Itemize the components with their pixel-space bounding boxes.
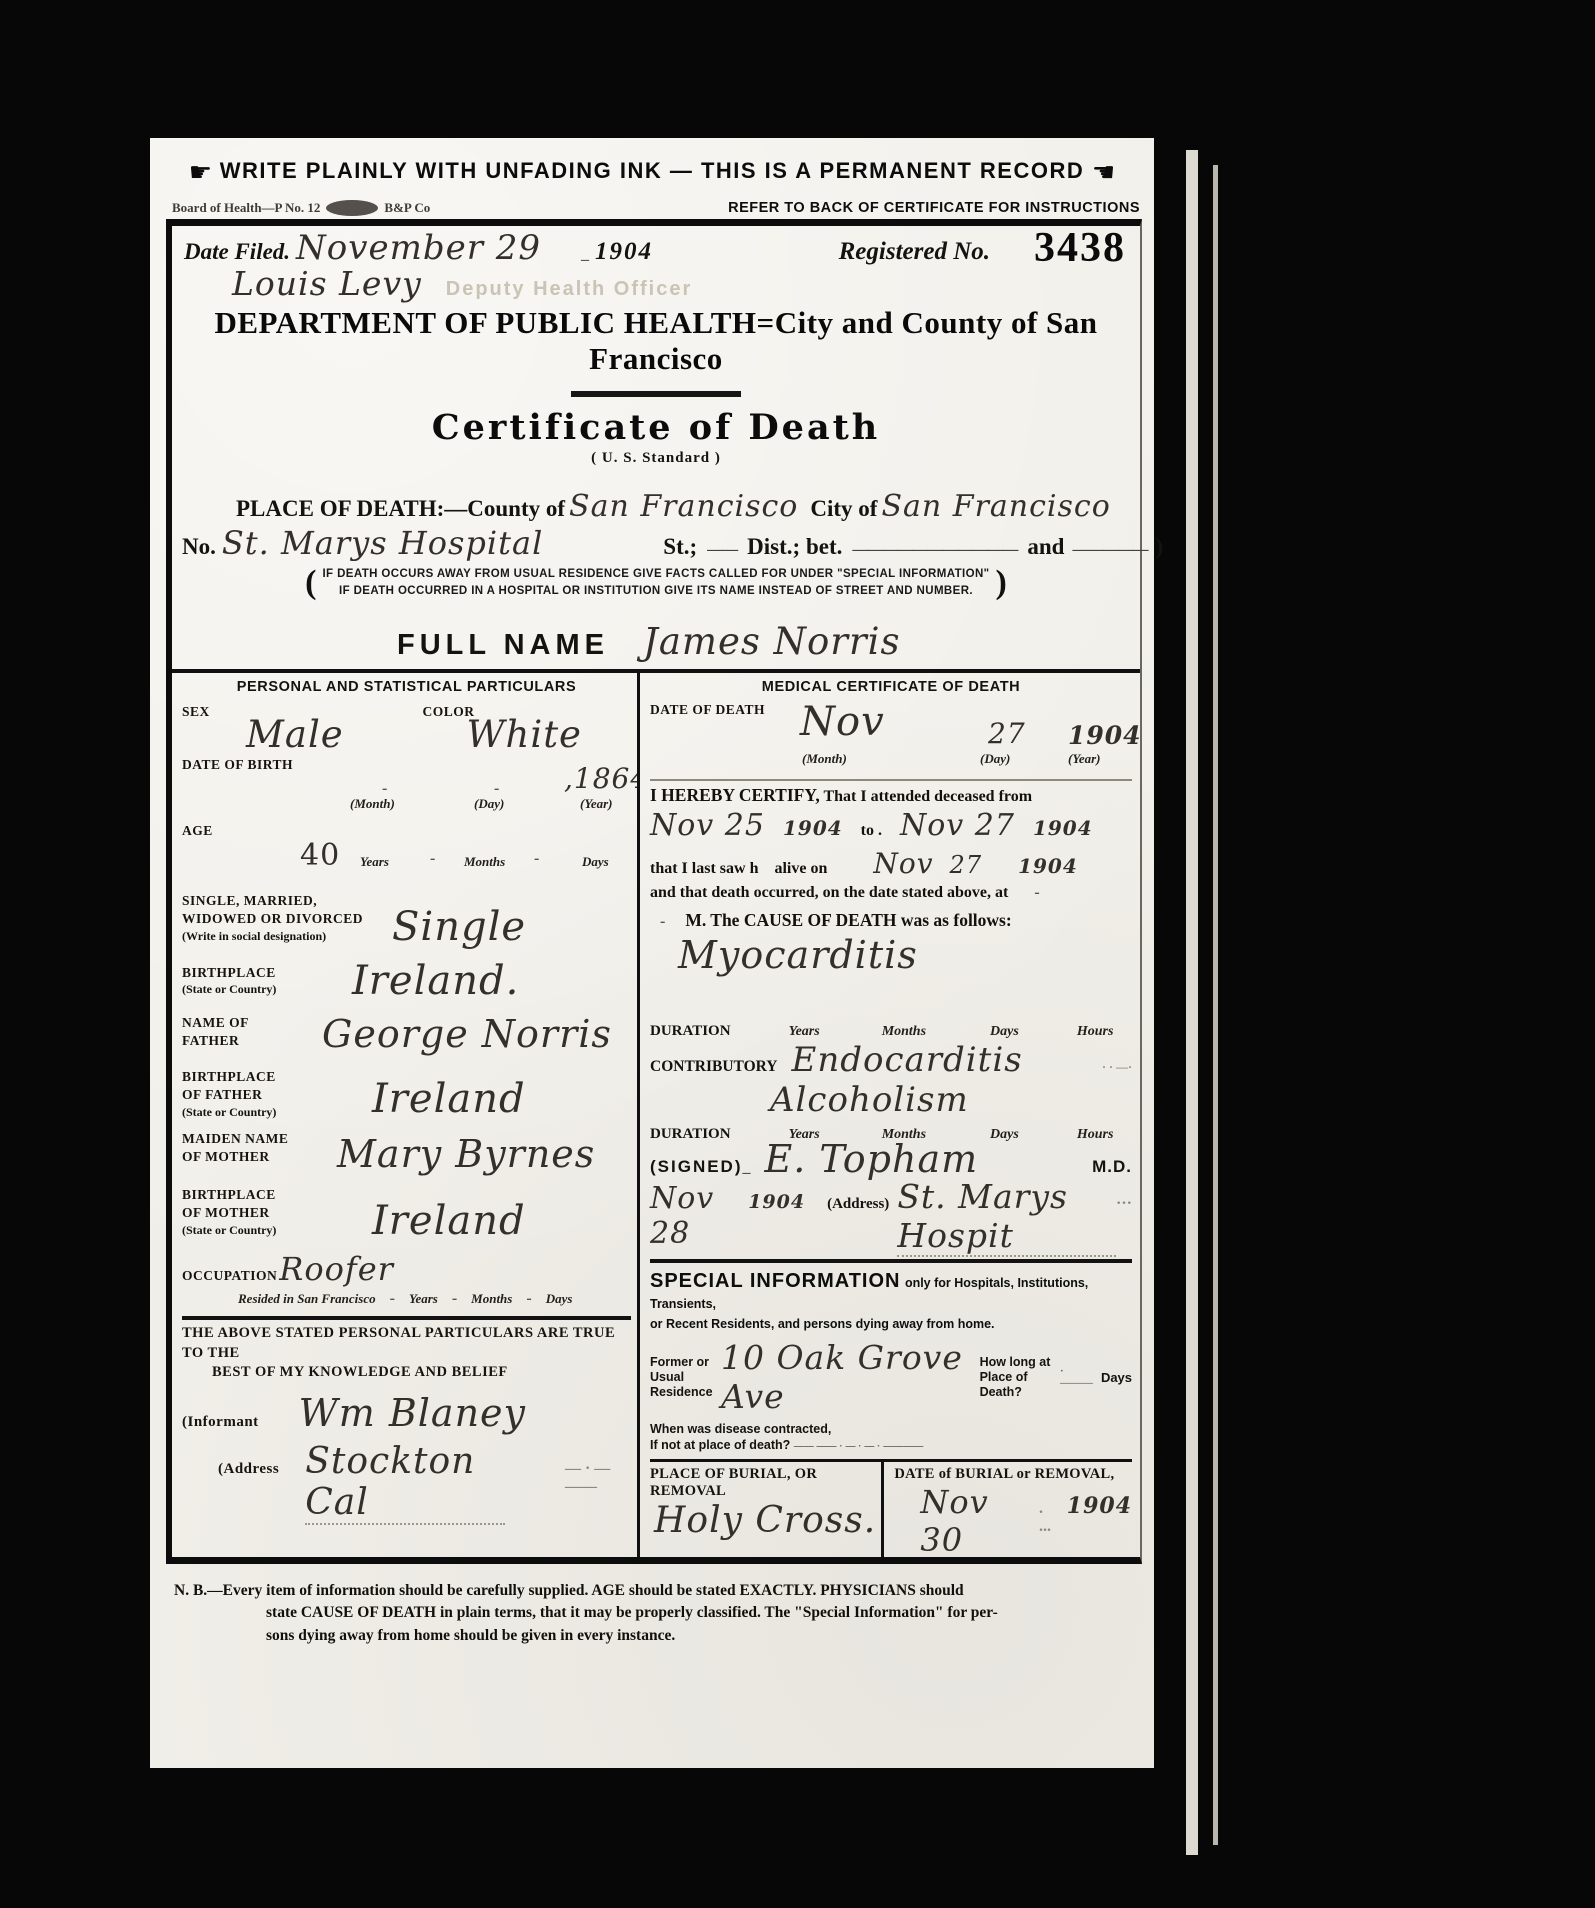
- contracted-blank: —— —— · — · — · ————: [794, 1441, 923, 1452]
- burial-date-label: DATE of BURIAL or REMOVAL,: [894, 1466, 1132, 1483]
- mother-bp-label3: (State or Country): [182, 1223, 372, 1238]
- last-saw-row: that I last saw h alive on Nov 27 1904: [650, 847, 1132, 880]
- personal-header: PERSONAL AND STATISTICAL PARTICULARS: [182, 679, 631, 695]
- dob-field: DATE OF BIRTH - (Month) - (Day) ,1864 (Y…: [182, 756, 631, 822]
- no-label: No.: [182, 534, 216, 560]
- resided-tick1: -: [390, 1290, 395, 1308]
- attended-row: Nov 25 1904 to . Nov 27 1904: [650, 808, 1132, 843]
- burial-date-dots: . ...: [1039, 1500, 1057, 1536]
- dod-month-value: Nov: [800, 699, 885, 745]
- certify-line1: I HEREBY CERTIFY, That I attended deceas…: [650, 785, 1132, 806]
- father-label1: NAME OF: [182, 1014, 322, 1032]
- resided-tick2: -: [452, 1290, 457, 1308]
- age-months-label: Months: [464, 854, 505, 870]
- city-value: San Francisco: [881, 489, 1110, 524]
- attended-to-date: Nov 27: [900, 808, 1015, 843]
- street-row: No. St. Marys Hospital St.; —— Dist.; be…: [182, 534, 1126, 562]
- burial-date-year: 1904: [1067, 1493, 1132, 1519]
- undertaker-value: H. F. Suhr & Co: [767, 1555, 1071, 1557]
- sex-value: Male: [246, 713, 407, 756]
- place-of-death-row: PLACE OF DEATH:—County of San Francisco …: [236, 489, 1130, 524]
- father-name-field: NAME OF FATHER George Norris: [182, 1014, 631, 1056]
- mother-birthplace-field: BIRTHPLACE OF MOTHER (State or Country) …: [182, 1186, 631, 1244]
- residence-note-lines: IF DEATH OCCURS AWAY FROM USUAL RESIDENC…: [322, 566, 989, 601]
- signed-address-label: (Address): [827, 1196, 889, 1213]
- residence-note: ( IF DEATH OCCURS AWAY FROM USUAL RESIDE…: [172, 564, 1140, 602]
- certificate-title: Certificate of Death: [172, 407, 1140, 448]
- footer-line2: state CAUSE OF DEATH in plain terms, tha…: [266, 1602, 1144, 1624]
- county-value: San Francisco: [569, 489, 798, 524]
- contributory-trail: · · —·: [1102, 1060, 1132, 1075]
- st-label: St.;: [663, 534, 697, 560]
- physician-signature: E. Topham: [765, 1137, 979, 1181]
- refer-instructions: REFER TO BACK OF CERTIFICATE FOR INSTRUC…: [728, 200, 1140, 216]
- dod-label: DATE OF DEATH: [650, 701, 1132, 719]
- registrar-stamp: Deputy Health Officer: [446, 278, 692, 301]
- howlong-blank: · ———: [1060, 1365, 1093, 1389]
- statement-line2: BEST OF MY KNOWLEDGE AND BELIEF: [212, 1363, 631, 1383]
- birthplace-field: BIRTHPLACE (State or Country) Ireland.: [182, 964, 631, 1004]
- scanned-death-certificate: { "icons": { "pointing_hand_right": "☛",…: [0, 0, 1595, 1908]
- contributory-row: CONTRIBUTORY Endocarditis · · —·: [650, 1040, 1132, 1080]
- mother-maiden-field: MAIDEN NAME OF MOTHER Mary Byrnes: [182, 1130, 631, 1176]
- filed-dash: _: [581, 246, 589, 264]
- form-number: Board of Health—P No. 12 B&P Co: [172, 200, 430, 216]
- burial-place-label: PLACE OF BURIAL, OR REMOVAL: [650, 1466, 881, 1500]
- father-birthplace-field: BIRTHPLACE OF FATHER (State or Country) …: [182, 1068, 631, 1122]
- residence-label: Former or Usual Residence: [650, 1355, 721, 1400]
- father-bp-label1: BIRTHPLACE: [182, 1068, 372, 1086]
- full-name-label: FULL NAME: [397, 629, 609, 662]
- residence-note-line2: IF DEATH OCCURRED IN A HOSPITAL OR INSTI…: [339, 585, 973, 597]
- full-name-value: James Norris: [643, 620, 900, 663]
- contributory-value1: Endocarditis: [792, 1040, 1023, 1080]
- signed-label: (SIGNED): [650, 1157, 743, 1177]
- banner: ☛ WRITE PLAINLY WITH UNFADING INK — THIS…: [150, 138, 1154, 188]
- burial-date-value: Nov 30: [920, 1483, 1029, 1557]
- duration2-days: Days: [990, 1127, 1019, 1143]
- last-saw-prefix: that I last saw h: [650, 860, 758, 878]
- resided-months: Months: [471, 1291, 512, 1307]
- signed-address-trail: ···: [1116, 1195, 1132, 1213]
- residence-label1: Former or: [650, 1355, 709, 1369]
- age-label: AGE: [182, 822, 631, 840]
- close-paren2: ): [996, 564, 1007, 602]
- page-edge-strip: [1213, 165, 1218, 1845]
- informant-field: (Informant Wm Blaney: [182, 1391, 631, 1435]
- pointing-hand-right-icon: ☛: [189, 158, 212, 188]
- attended-from-date: Nov 25: [650, 808, 765, 843]
- and-label: and: [1027, 534, 1064, 560]
- dist-blank: ———————————: [852, 541, 1017, 559]
- howlong-days: Days: [1101, 1370, 1132, 1385]
- color-value: White: [467, 713, 632, 756]
- contracted-label2: If not at place of death?: [650, 1438, 790, 1452]
- dod-day-label: (Day): [980, 751, 1010, 767]
- howlong-label: How long at Place of Death?: [980, 1355, 1052, 1400]
- signed-row: (SIGNED) _ E. Topham M.D.: [650, 1137, 1132, 1181]
- signed-date: Nov 28: [650, 1181, 734, 1251]
- duration1-row: DURATION Years Months Days Hours: [650, 1023, 1132, 1040]
- last-saw-date: Nov: [873, 847, 933, 880]
- title-divider: [571, 391, 741, 397]
- st-blank: ——: [707, 541, 737, 559]
- date-filed-year: 1904: [595, 238, 653, 266]
- close-paren: ): [1155, 534, 1163, 560]
- birthplace-value: Ireland.: [352, 958, 519, 1004]
- age-days-label: Days: [582, 854, 609, 870]
- father-label2: FATHER: [182, 1032, 322, 1050]
- banner-text: WRITE PLAINLY WITH UNFADING INK — THIS I…: [220, 158, 1085, 183]
- resided-label: Resided in San Francisco: [238, 1291, 376, 1307]
- burial-date-cell: DATE of BURIAL or REMOVAL, Nov 30 . ... …: [881, 1462, 1132, 1557]
- page-edge-strip: [1186, 150, 1198, 1855]
- informant-address-trail: — · — ——: [565, 1460, 631, 1496]
- marital-label3: (Write in social designation): [182, 929, 392, 944]
- signed-dash: _: [743, 1159, 751, 1177]
- contributory-label: CONTRIBUTORY: [650, 1058, 778, 1076]
- signed-date-row: Nov 28 1904 (Address) St. Marys Hospit ·…: [650, 1177, 1132, 1257]
- registrar-signature: Louis Levy: [232, 264, 422, 303]
- to-label: to .: [861, 822, 882, 840]
- registered-no-value: 3438: [1034, 224, 1126, 272]
- father-name-value: George Norris: [322, 1012, 612, 1056]
- dod-day-value: 27: [988, 717, 1026, 750]
- special-divider: [650, 1259, 1132, 1263]
- contributory-value2: Alcoholism: [770, 1080, 1132, 1120]
- certify-rest: That I attended deceased from: [823, 788, 1032, 805]
- death-occurred-row: and that death occurred, on the date sta…: [650, 880, 1132, 902]
- marital-value: Single: [392, 904, 526, 950]
- full-name-row: FULL NAME James Norris: [397, 620, 1140, 663]
- duration2-hours: Hours: [1077, 1127, 1114, 1143]
- age-years-label: Years: [360, 854, 389, 870]
- father-birthplace-value: Ireland: [372, 1076, 526, 1122]
- mother-bp-label2: OF MOTHER: [182, 1204, 372, 1222]
- statement-line1: THE ABOVE STATED PERSONAL PARTICULARS AR…: [182, 1324, 631, 1363]
- color-field: COLOR White: [407, 703, 632, 756]
- dob-year-label: (Year): [580, 796, 613, 812]
- signed-year: 1904: [748, 1191, 805, 1213]
- birthplace-label1: BIRTHPLACE: [182, 964, 352, 982]
- institution-value: St. Marys Hospital: [222, 524, 543, 562]
- father-bp-label2: OF FATHER: [182, 1086, 372, 1104]
- dob-day-label: (Day): [474, 796, 504, 812]
- mother-label2: OF MOTHER: [182, 1148, 337, 1166]
- mother-maiden-value: Mary Byrnes: [337, 1132, 595, 1176]
- last-saw-day: 27: [950, 851, 983, 879]
- duration2-label: DURATION: [650, 1126, 731, 1143]
- personal-column: PERSONAL AND STATISTICAL PARTICULARS SEX…: [172, 673, 640, 1557]
- occupation-field: OCCUPATION Roofer: [182, 1250, 631, 1288]
- special-title: SPECIAL INFORMATION: [650, 1270, 900, 1292]
- special-subtitle2: or Recent Residents, and persons dying a…: [650, 1317, 995, 1331]
- sex-field: SEX Male: [182, 703, 407, 756]
- resided-years: Years: [409, 1291, 438, 1307]
- md-label: M.D.: [1092, 1157, 1132, 1177]
- date-filed-value: November 29: [296, 228, 541, 268]
- residence-label2: Usual Residence: [650, 1370, 713, 1399]
- burial-place-value: Holy Cross.: [654, 1500, 881, 1541]
- sex-color-row: SEX Male COLOR White: [182, 703, 631, 756]
- duration1-years: Years: [789, 1024, 820, 1040]
- resided-row: Resided in San Francisco - Years - Month…: [238, 1290, 631, 1308]
- marital-label1: SINGLE, MARRIED,: [182, 892, 392, 910]
- duration1-months: Months: [882, 1024, 926, 1040]
- marital-field: SINGLE, MARRIED, WIDOWED OR DIVORCED (Wr…: [182, 892, 631, 950]
- contracted-field: When was disease contracted, If not at p…: [650, 1422, 1132, 1453]
- contracted-label1: When was disease contracted,: [650, 1422, 831, 1436]
- certificate-frame: Date Filed. November 29 _ 1904 Registere…: [166, 219, 1142, 1564]
- mother-bp-label1: BIRTHPLACE: [182, 1186, 372, 1204]
- residence-value: 10 Oak Grove Ave: [721, 1338, 966, 1416]
- open-paren: (: [305, 564, 316, 602]
- signed-address-value: St. Marys Hospit: [897, 1177, 1116, 1257]
- residence-row: Former or Usual Residence 10 Oak Grove A…: [650, 1338, 1132, 1416]
- filed-row: Date Filed. November 29 _ 1904 Registere…: [172, 226, 1140, 268]
- date-filed-label: Date Filed.: [184, 239, 290, 265]
- footer-line3: sons dying away from home should be give…: [266, 1625, 1144, 1647]
- resided-tick3: -: [526, 1290, 531, 1308]
- age-field: AGE 40 Years - Months - Days: [182, 822, 631, 892]
- attended-to-year: 1904: [1033, 816, 1093, 840]
- father-bp-label3: (State or Country): [182, 1105, 372, 1120]
- us-standard: ( U. S. Standard ): [172, 450, 1140, 467]
- marital-label2: WIDOWED OR DIVORCED: [182, 910, 392, 928]
- resided-days: Days: [546, 1291, 573, 1307]
- footer-note: N. B.—Every item of information should b…: [174, 1580, 1144, 1647]
- certificate-page: ☛ WRITE PLAINLY WITH UNFADING INK — THIS…: [150, 138, 1154, 1768]
- dob-month-label: (Month): [350, 796, 395, 812]
- informant-label: (Informant: [182, 1412, 259, 1432]
- dod-rule: [650, 779, 1132, 781]
- burial-section: PLACE OF BURIAL, OR REMOVAL Holy Cross. …: [650, 1459, 1132, 1557]
- birthplace-label2: (State or Country): [182, 982, 352, 997]
- death-occurred-line: and that death occurred, on the date sta…: [650, 884, 1008, 902]
- occupation-label: OCCUPATION: [182, 1267, 277, 1285]
- mother-label1: MAIDEN NAME: [182, 1130, 337, 1148]
- informant-address-field: (Address Stockton Cal — · — ——: [218, 1441, 631, 1525]
- duration1-hours: Hours: [1077, 1024, 1114, 1040]
- attended-from-year: 1904: [783, 816, 843, 840]
- burial-place-cell: PLACE OF BURIAL, OR REMOVAL Holy Cross.: [650, 1462, 881, 1557]
- subheader: Board of Health—P No. 12 B&P Co REFER TO…: [172, 200, 1140, 216]
- department-title: DEPARTMENT OF PUBLIC HEALTH=City and Cou…: [172, 305, 1140, 377]
- footer-line1: N. B.—Every item of information should b…: [174, 1580, 1144, 1602]
- occupation-value: Roofer: [279, 1250, 394, 1288]
- personal-divider: [182, 1316, 631, 1320]
- at-tick: -: [1034, 884, 1039, 902]
- dod-year-label: (Year): [1068, 751, 1101, 767]
- cause-header: M. The CAUSE OF DEATH was as follows:: [685, 910, 1011, 931]
- informant-value: Wm Blaney: [299, 1391, 526, 1435]
- ink-stamp: [326, 200, 378, 216]
- registrar-signature-row: Louis Levy Deputy Health Officer: [172, 264, 1140, 303]
- medical-header: MEDICAL CERTIFICATE OF DEATH: [650, 679, 1132, 695]
- dob-year-value: ,1864: [564, 762, 640, 795]
- columns: PERSONAL AND STATISTICAL PARTICULARS SEX…: [172, 669, 1140, 1557]
- informant-address-label: (Address: [218, 1459, 279, 1479]
- pointing-hand-left-icon: ☚: [1092, 158, 1115, 188]
- howlong-label1: How long at: [980, 1355, 1051, 1369]
- howlong-label2: Place of Death?: [980, 1370, 1028, 1399]
- form-number-text: Board of Health—P No. 12: [172, 200, 320, 216]
- printer-mark: B&P Co: [384, 200, 430, 216]
- date-of-death-field: DATE OF DEATH Nov (Month) 27 (Day) 1904 …: [650, 701, 1132, 779]
- dod-year-value: 1904: [1068, 721, 1140, 750]
- special-heading: SPECIAL INFORMATION only for Hospitals, …: [650, 1269, 1132, 1334]
- place-of-death-label: PLACE OF DEATH:—County of: [236, 496, 565, 522]
- last-saw-year: 1904: [1018, 854, 1078, 878]
- age-tick2: -: [534, 850, 539, 868]
- last-saw-suffix: alive on: [774, 860, 827, 878]
- informant-address-value: Stockton Cal: [305, 1441, 505, 1525]
- and-blank: —————: [1072, 541, 1147, 559]
- city-label: City of: [810, 496, 877, 522]
- duration1-days: Days: [990, 1024, 1019, 1040]
- age-tick1: -: [430, 850, 435, 868]
- dod-month-label: (Month): [802, 751, 847, 767]
- cause-value: Myocarditis: [678, 933, 1132, 977]
- duration1-label: DURATION: [650, 1023, 731, 1040]
- burial-date-values: Nov 30 . ... 1904: [920, 1483, 1132, 1557]
- cause-blank-space: [650, 977, 1132, 1017]
- dist-label: Dist.; bet.: [747, 534, 842, 560]
- residence-note-line1: IF DEATH OCCURS AWAY FROM USUAL RESIDENC…: [322, 568, 989, 580]
- mother-birthplace-value: Ireland: [372, 1198, 526, 1244]
- registered-no-label: Registered No.: [839, 238, 990, 266]
- certify-strong: I HEREBY CERTIFY,: [650, 785, 820, 805]
- cause-header-row: - M. The CAUSE OF DEATH was as follows:: [660, 906, 1132, 931]
- medical-column: MEDICAL CERTIFICATE OF DEATH DATE OF DEA…: [640, 673, 1140, 1557]
- m-tick: -: [660, 913, 665, 931]
- age-value: 40: [300, 838, 340, 873]
